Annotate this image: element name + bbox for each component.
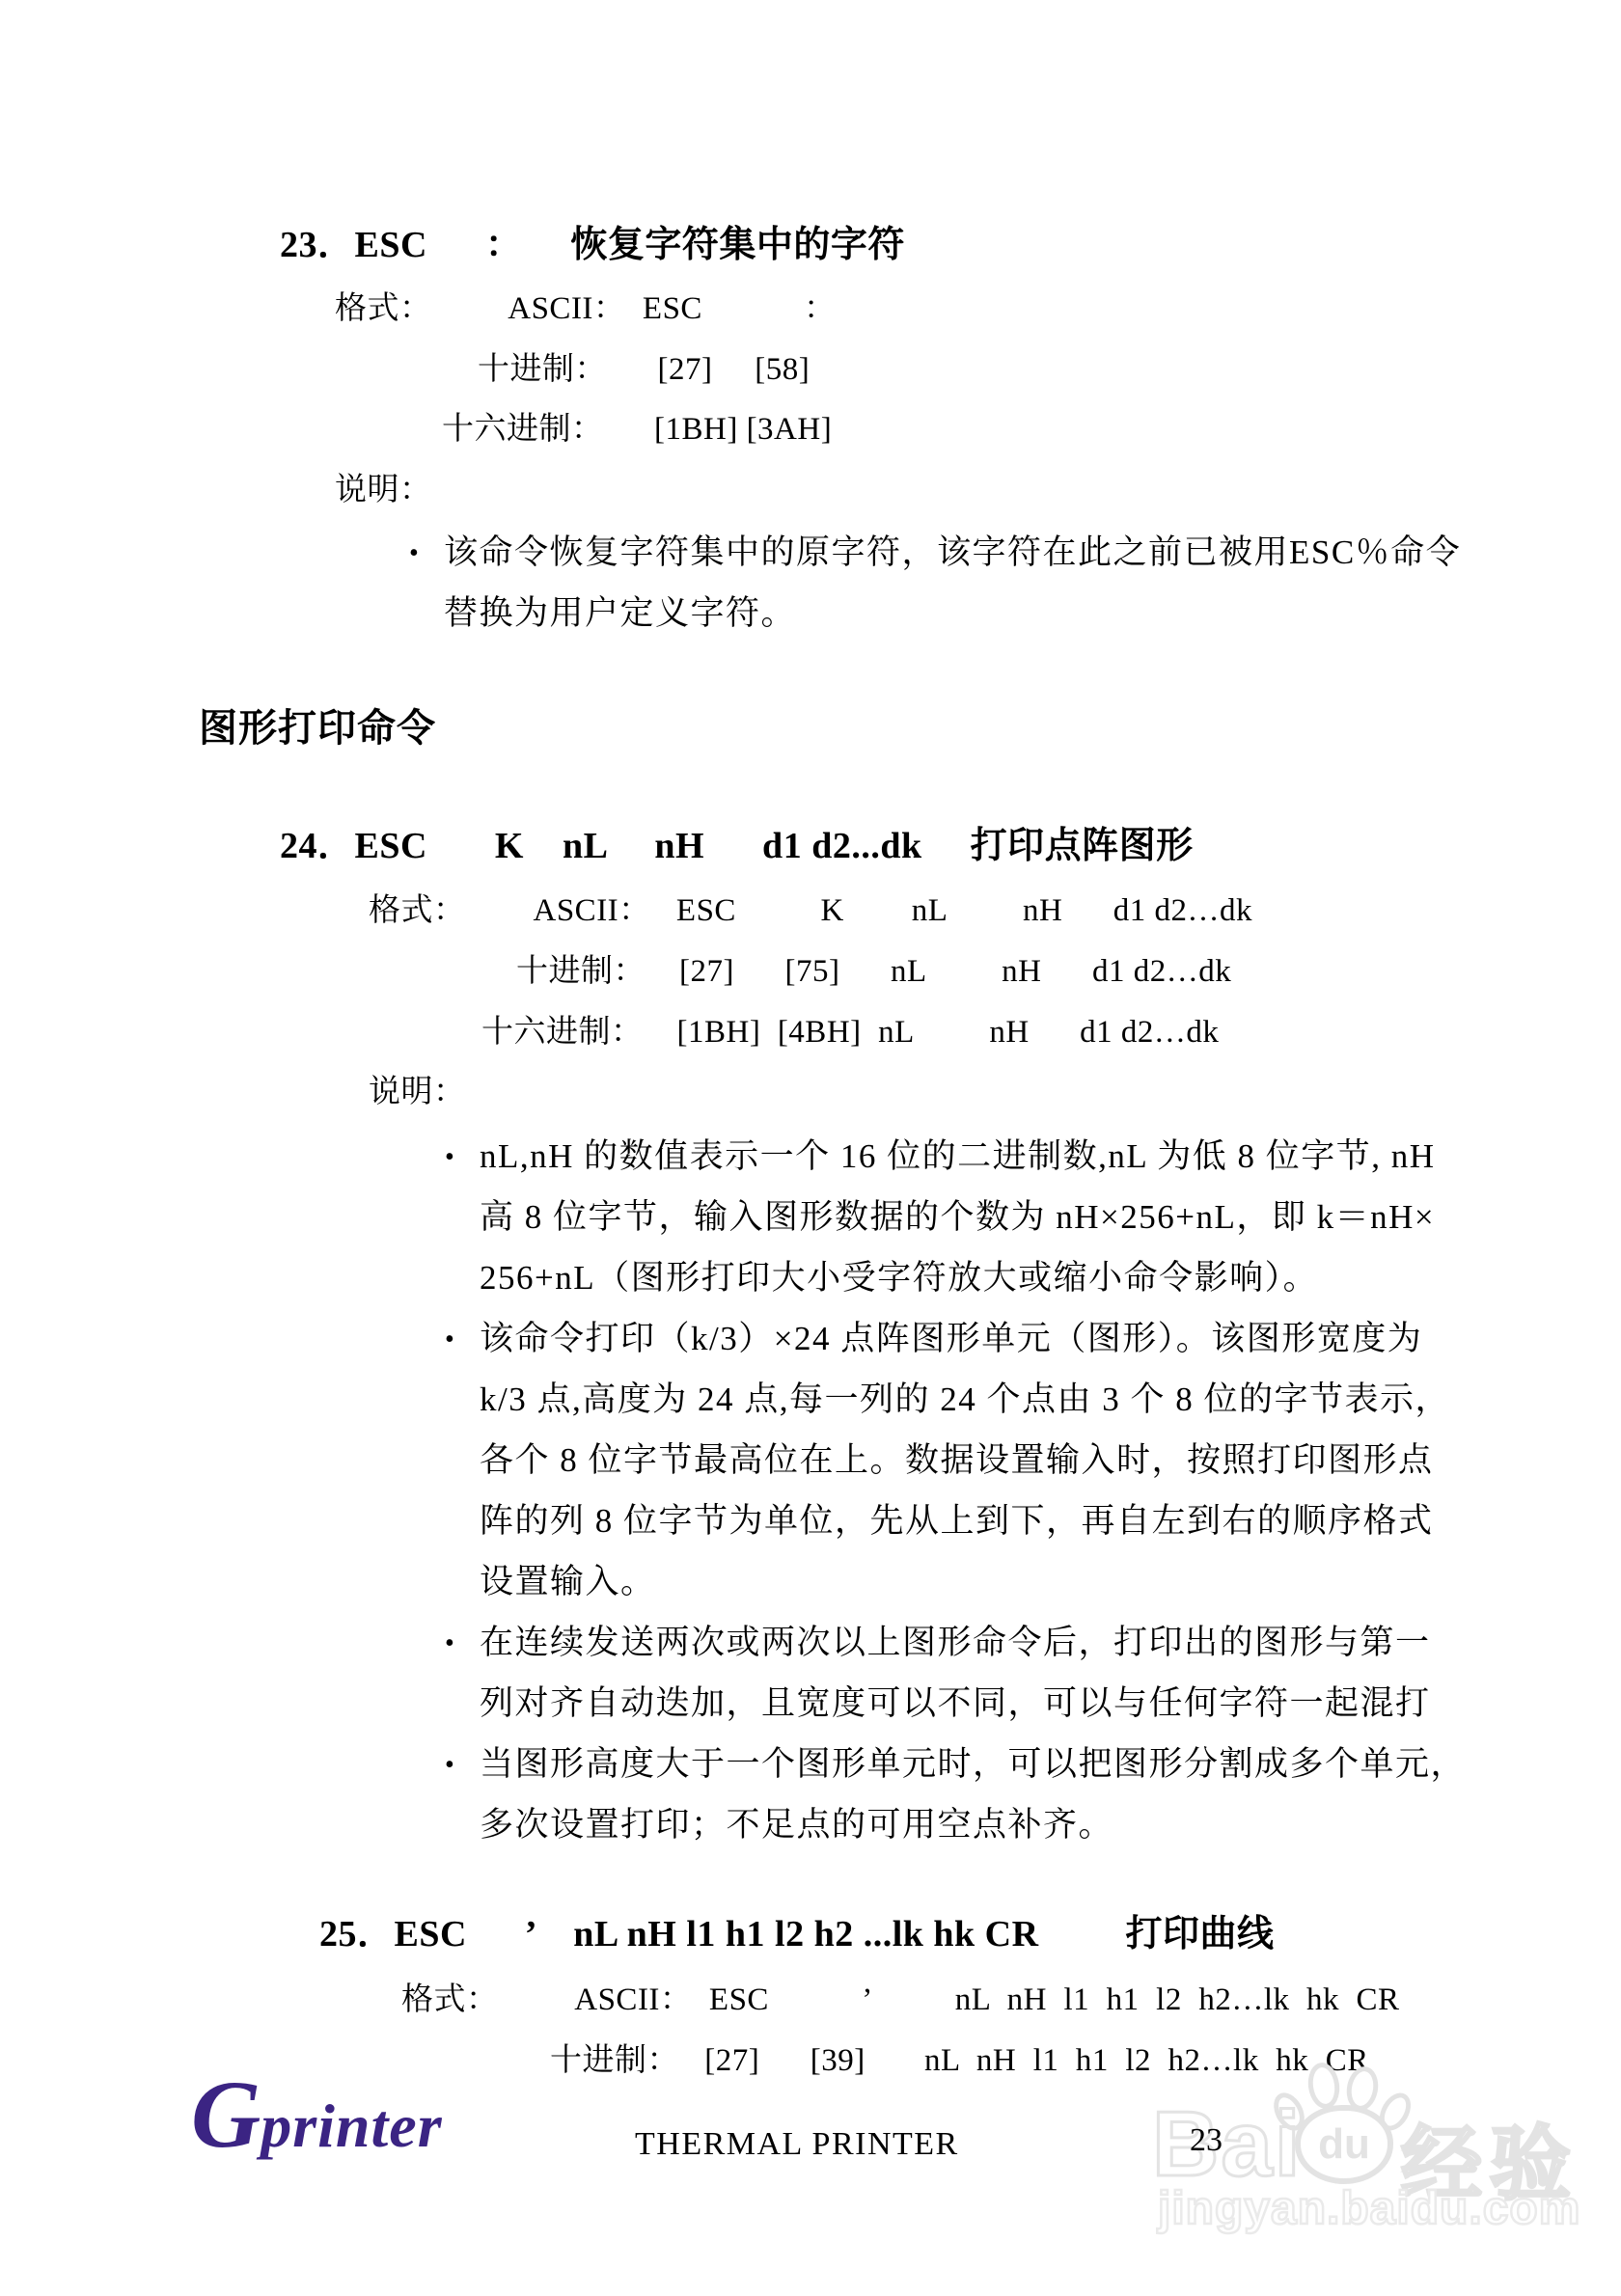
section-23-bullet-line: •该命令恢复字符集中的原字符，该字符在此之前已被用ESC％命令 xyxy=(409,533,1461,573)
section-24-bullet-line: 高 8 位字节，输入图形数据的个数为 nH×256+nL，即 k＝nH× xyxy=(480,1197,1435,1238)
watermark-url-text: jingyan.baidu.com xyxy=(1158,2182,1580,2235)
page-number: 23 xyxy=(1190,2122,1223,2159)
bullet-icon: • xyxy=(409,537,444,570)
bullet-text: 在连续发送两次或两次以上图形命令后，打印出的图形与第一 xyxy=(480,1624,1431,1661)
section-24-bullet-line: •该命令打印（k/3）×24 点阵图形单元（图形）。该图形宽度为 xyxy=(445,1319,1422,1359)
section-24-note-label: 说明： xyxy=(369,1074,466,1112)
section-25-heading: 25．ESC ’ nL nH l1 h1 l2 h2 ...lk hk CR 打… xyxy=(319,1913,1275,1957)
bullet-text: 当图形高度大于一个图形单元时，可以把图形分割成多个单元， xyxy=(480,1745,1466,1783)
section-24-heading: 24．ESC K nL nH d1 d2...dk 打印点阵图形 xyxy=(280,825,1194,869)
section-24-bullet-line: 列对齐自动迭加，且宽度可以不同，可以与任何字符一起混打 xyxy=(480,1683,1431,1724)
gprinter-logo: Gprinter xyxy=(191,2066,443,2163)
section-24-format-row: 格式： ASCII： ESC K nL nH d1 d2…dk xyxy=(369,892,1252,931)
baidu-paw-icon: du xyxy=(1274,2061,1418,2188)
section-25-format-row: 格式： ASCII： ESC ’ nL nH l1 h1 l2 h2…lk hk… xyxy=(401,1982,1400,2020)
section-24-decimal-row: 十进制： [27] [75] nL nH d1 d2…dk xyxy=(516,953,1231,992)
section-24-bullet-line: 阵的列 8 位字节为单位，先从上到下，再自左到右的顺序格式 xyxy=(480,1501,1434,1542)
section-24-bullet-line: k/3 点,高度为 24 点,每一列的 24 个点由 3 个 8 位的字节表示， xyxy=(480,1380,1450,1420)
logo-letter-g: G xyxy=(191,2061,261,2168)
bullet-icon: • xyxy=(445,1749,480,1782)
section-24-bullet-line: 设置输入。 xyxy=(480,1562,656,1602)
paw-pad: du xyxy=(1295,2105,1393,2184)
section-24-bullet-line: 各个 8 位字节最高位在上。数据设置输入时，按照打印图形点 xyxy=(480,1440,1434,1481)
bullet-text: 该命令恢复字符集中的原字符，该字符在此之前已被用ESC％命令 xyxy=(444,533,1461,571)
section-23-bullet-line: 替换为用户定义字符。 xyxy=(444,593,796,634)
section-24-hex-row: 十六进制： [1BH] [4BH] nL nH d1 d2…dk xyxy=(481,1014,1219,1052)
section-24-bullet-line: 256+nL（图形打印大小受字符放大或缩小命令影响）。 xyxy=(480,1258,1318,1298)
bullet-icon: • xyxy=(445,1141,480,1174)
bullet-icon: • xyxy=(445,1324,480,1356)
section-25-decimal-row: 十进制： [27] [39] nL nH l1 h1 l2 h2…lk hk C… xyxy=(550,2042,1369,2081)
section-23-heading: 23．ESC ： 恢复字符集中的字符 xyxy=(280,224,905,268)
section-24-bullet-line: 多次设置打印；不足点的可用空点补齐。 xyxy=(480,1805,1113,1845)
section-24-bullet-line: •nL,nH 的数值表示一个 16 位的二进制数,nL 为低 8 位字节, nH xyxy=(445,1136,1436,1177)
graphics-group-heading: 图形打印命令 xyxy=(199,705,436,752)
paw-toe xyxy=(1305,2061,1342,2111)
logo-text: printer xyxy=(261,2091,442,2160)
bullet-text: 该命令打印（k/3）×24 点阵图形单元（图形）。该图形宽度为 xyxy=(480,1320,1422,1357)
baidu-du-text: du xyxy=(1318,2123,1370,2166)
section-23-format-row: 格式： ASCII： ESC ： xyxy=(335,290,836,329)
section-23-decimal-row: 十进制： [27] [58] xyxy=(478,351,810,390)
bullet-icon: • xyxy=(445,1627,480,1660)
section-24-bullet-line: •当图形高度大于一个图形单元时，可以把图形分割成多个单元， xyxy=(445,1744,1466,1785)
manual-page: 23．ESC ： 恢复字符集中的字符 格式： ASCII： ESC ： 十进制：… xyxy=(0,0,1621,2296)
bullet-text: nL,nH 的数值表示一个 16 位的二进制数,nL 为低 8 位字节, nH xyxy=(480,1137,1436,1175)
footer-title: THERMAL PRINTER xyxy=(635,2126,959,2163)
section-24-bullet-line: •在连续发送两次或两次以上图形命令后，打印出的图形与第一 xyxy=(445,1623,1431,1663)
section-23-hex-row: 十六进制： [1BH] [3AH] xyxy=(442,411,832,450)
section-23-note-label: 说明： xyxy=(335,472,432,510)
